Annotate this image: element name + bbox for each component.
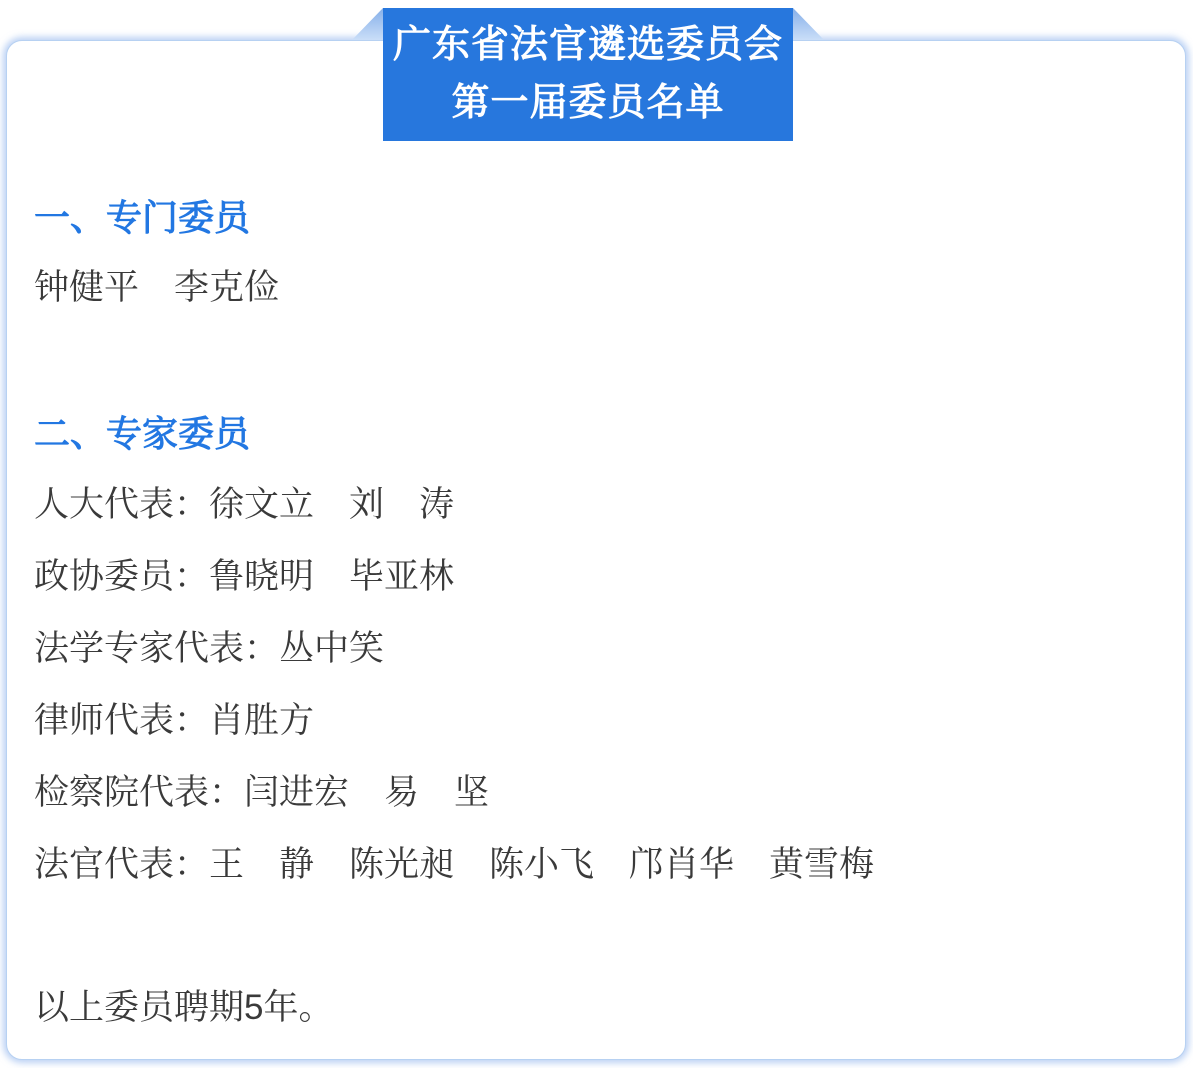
section-expert-members: 二、专家委员 人大代表：徐文立 刘 涛 政协委员：鲁晓明 毕亚林 法学专家代表：… <box>34 412 1160 885</box>
page: 一、专门委员 钟健平 李克俭 二、专家委员 人大代表：徐文立 刘 涛 政协委员：… <box>0 0 1193 1068</box>
content-card: 一、专门委员 钟健平 李克俭 二、专家委员 人大代表：徐文立 刘 涛 政协委员：… <box>6 40 1186 1060</box>
section-heading-expert-members: 二、专家委员 <box>34 412 1160 455</box>
ribbon-fold-left-icon <box>352 8 383 40</box>
member-line: 法官代表：王 静 陈光昶 陈小飞 邝肖华 黄雪梅 <box>34 845 1160 885</box>
member-line: 政协委员：鲁晓明 毕亚林 <box>34 557 1160 597</box>
section-heading-special-members: 一、专门委员 <box>34 196 1160 239</box>
member-line: 钟健平 李克俭 <box>34 268 1160 308</box>
banner-title-line1: 广东省法官遴选委员会 <box>383 16 793 74</box>
member-line: 检察院代表：闫进宏 易 坚 <box>34 773 1160 813</box>
banner-title-line2: 第一届委员名单 <box>383 74 793 132</box>
tenure-note: 以上委员聘期5年。 <box>34 988 1160 1028</box>
member-line: 法学专家代表：丛中笑 <box>34 629 1160 669</box>
member-line: 人大代表：徐文立 刘 涛 <box>34 485 1160 525</box>
title-ribbon: 广东省法官遴选委员会 第一届委员名单 <box>383 8 793 141</box>
ribbon-fold-right-icon <box>793 8 824 40</box>
section-special-members: 一、专门委员 钟健平 李克俭 <box>34 196 1160 308</box>
member-line: 律师代表：肖胜方 <box>34 701 1160 741</box>
